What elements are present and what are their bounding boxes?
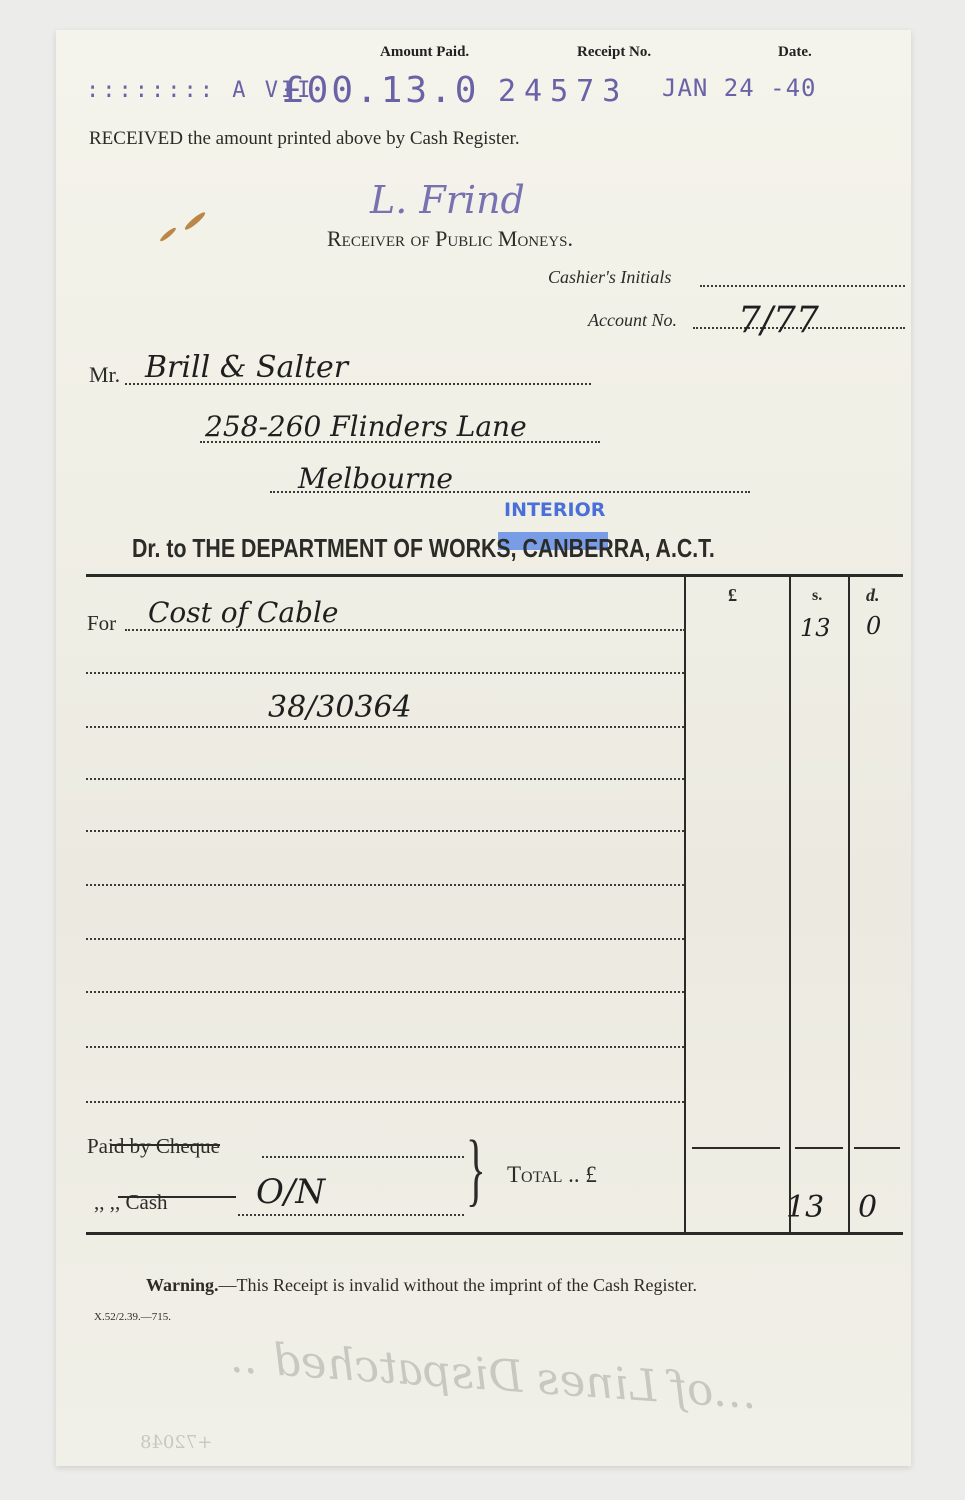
register-date: JAN 24 -40 xyxy=(662,74,817,102)
account-no-label: Account No. xyxy=(588,310,677,331)
column-header-pounds: £ xyxy=(728,585,737,606)
cash-value: O/N xyxy=(256,1172,325,1212)
payer-name: Brill & Salter xyxy=(145,350,348,385)
department-line: Dr. to THE DEPARTMENT OF WORKS, CANBERRA… xyxy=(132,533,715,564)
line-item-row xyxy=(86,830,684,832)
receiver-title: Receiver of Public Moneys. xyxy=(327,226,573,252)
line-item-row xyxy=(86,672,684,674)
column-divider xyxy=(789,576,791,1232)
warning-bold: Warning. xyxy=(146,1275,219,1295)
sum-line-pence xyxy=(854,1147,900,1149)
column-divider xyxy=(848,576,850,1232)
sum-line-shillings xyxy=(795,1147,843,1149)
amount-paid-label: Amount Paid. xyxy=(380,44,469,61)
table-bottom-rule xyxy=(86,1232,903,1235)
department-suffix: , CANBERRA, A.C.T. xyxy=(511,533,715,563)
receipt-no-label: Receipt No. xyxy=(577,44,651,61)
reference-number: 38/30364 xyxy=(268,690,412,725)
department-prefix: Dr. to THE DEPARTMENT OF xyxy=(132,533,423,563)
sum-line-pounds xyxy=(692,1147,780,1149)
cheque-field xyxy=(262,1156,464,1158)
paid-by-cash-label: ,, ,, Cash xyxy=(94,1190,168,1215)
register-prefix: :::::::: A VII xyxy=(86,78,313,103)
warning-text: —This Receipt is invalid without the imp… xyxy=(219,1275,697,1295)
cashiers-initials-label: Cashier's Initials xyxy=(548,267,671,288)
payer-address-line1: 258-260 Flinders Lane xyxy=(205,410,527,443)
brace: } xyxy=(466,1128,486,1210)
line-item-description: Cost of Cable xyxy=(148,596,339,629)
line-item-row xyxy=(86,726,684,728)
line-item-row xyxy=(86,991,684,993)
department-struck-word: WORKS xyxy=(429,533,511,563)
cheque-strikethrough xyxy=(110,1144,220,1146)
line-item-shillings: 13 xyxy=(800,614,831,642)
receiver-signature: L. Frind xyxy=(370,178,525,222)
register-receipt-no: 24573 xyxy=(498,74,628,109)
total-shillings: 13 xyxy=(786,1190,824,1225)
reverse-showthrough-number: +72048 xyxy=(140,1432,212,1453)
line-item-row xyxy=(86,778,684,780)
column-header-shillings: s. xyxy=(812,587,822,605)
column-divider xyxy=(684,576,686,1232)
column-header-pence: d. xyxy=(866,585,880,606)
warning-notice: Warning.—This Receipt is invalid without… xyxy=(146,1275,697,1296)
cashiers-initials-field xyxy=(700,285,905,287)
line-item-row xyxy=(125,629,685,631)
payer-address-line2: Melbourne xyxy=(298,462,453,495)
table-top-rule xyxy=(86,574,903,577)
received-statement: RECEIVED the amount printed above by Cas… xyxy=(89,128,520,150)
payer-prefix: Mr. xyxy=(89,362,120,388)
date-label: Date. xyxy=(778,44,812,61)
register-amount: £00.13.0 xyxy=(282,70,479,111)
cash-field xyxy=(238,1214,464,1216)
account-no-value: 7/77 xyxy=(738,300,819,341)
total-label: Total .. £ xyxy=(507,1162,597,1188)
form-code: X.52/2.39.—715. xyxy=(94,1311,171,1323)
line-item-row xyxy=(86,938,684,940)
cash-strikethrough xyxy=(118,1196,236,1198)
line-item-row xyxy=(86,1046,684,1048)
line-item-pence: 0 xyxy=(866,612,881,640)
line-item-row xyxy=(86,884,684,886)
paid-by-cheque-label: Paid by Cheque xyxy=(87,1134,220,1159)
for-label: For xyxy=(87,611,116,636)
total-pence: 0 xyxy=(858,1190,877,1225)
interior-stamp: INTERIOR xyxy=(504,499,605,521)
line-item-row xyxy=(86,1101,684,1103)
